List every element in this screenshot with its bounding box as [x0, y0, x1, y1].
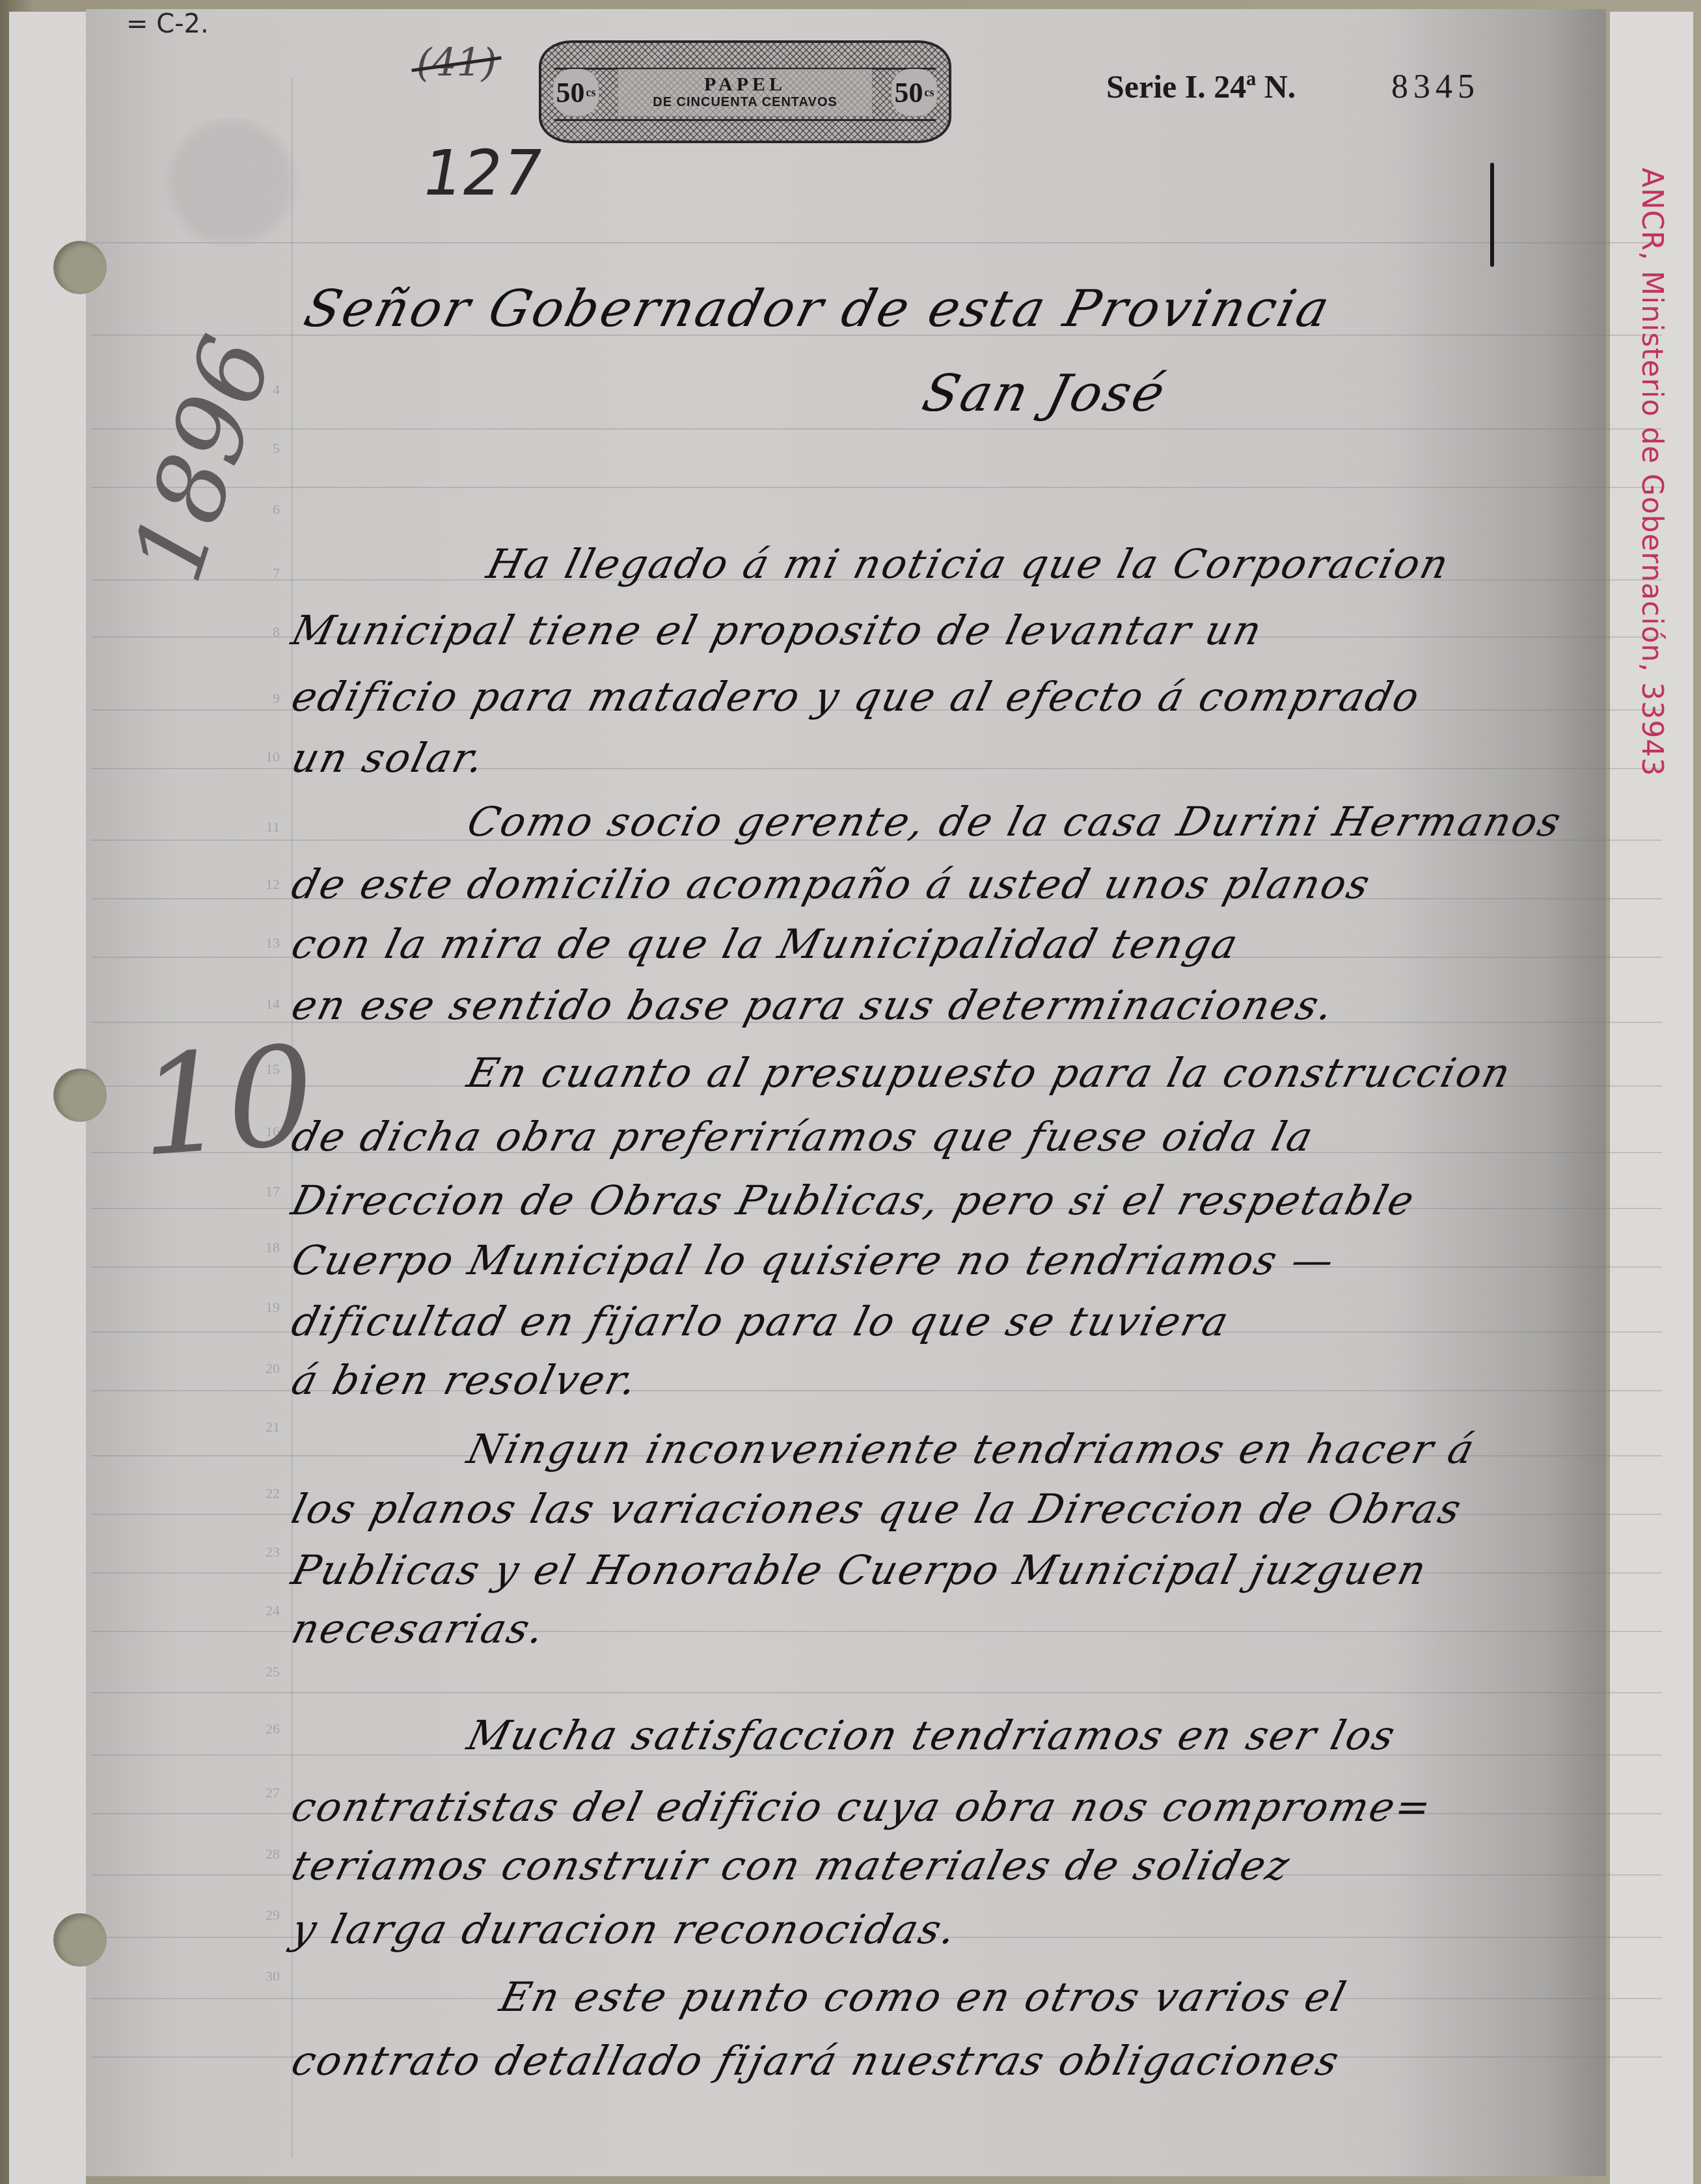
rule-line — [91, 428, 1662, 430]
body-line: con la mira de que la Municipalidad teng… — [287, 920, 1244, 968]
body-line: Municipal tiene el proposito de levantar… — [287, 607, 1268, 654]
stamp-value-left-number: 50 — [556, 76, 585, 109]
rule-line — [91, 1692, 1662, 1693]
body-line: Publicas y el Honorable Cuerpo Municipal… — [287, 1546, 1433, 1594]
body-line: contrato detallado fijará nuestras oblig… — [287, 2037, 1346, 2084]
crossed-out-number: (41) — [416, 40, 497, 86]
line-number: 21 — [247, 1419, 280, 1436]
stamp-value-right-number: 50 — [895, 76, 923, 109]
serie-label: Serie I. 24ª N. — [1106, 68, 1296, 105]
line-number: 19 — [247, 1299, 280, 1316]
line-number: 10 — [247, 748, 280, 765]
body-line: en ese sentido base para sus determinaci… — [287, 981, 1340, 1029]
body-line: necesarias. — [287, 1605, 551, 1652]
line-number: 6 — [247, 501, 280, 518]
punch-hole — [53, 241, 107, 294]
body-line: Como socio gerente, de la casa Durini He… — [463, 798, 1568, 845]
line-number: 23 — [247, 1544, 280, 1561]
line-number: 26 — [247, 1721, 280, 1738]
line-number: 24 — [247, 1602, 280, 1619]
line-number: 18 — [247, 1239, 280, 1256]
folio-number: 127 — [416, 137, 549, 210]
body-line: de dicha obra preferiríamos que fuese oi… — [287, 1113, 1320, 1160]
stamp-value-left: 50cs — [553, 69, 599, 116]
body-line: edificio para matadero y que al efecto á… — [287, 673, 1426, 720]
body-line: Ha llegado á mi noticia que la Corporaci… — [482, 540, 1455, 588]
body-line: Cuerpo Municipal lo quisiere no tendriam… — [287, 1236, 1340, 1284]
stamp-value-right: 50cs — [891, 69, 937, 116]
line-number: 11 — [247, 819, 280, 836]
top-left-annotation: = C-2. — [126, 9, 209, 39]
punch-hole — [53, 1069, 107, 1122]
line-number: 29 — [247, 1907, 280, 1924]
body-line: Ningun inconveniente tendriamos en hacer… — [463, 1425, 1481, 1473]
body-line: á bien resolver. — [287, 1356, 644, 1404]
serie-number: 8345 — [1391, 68, 1480, 106]
salutation-addressee: Señor Gobernador de esta Provincia — [299, 280, 1338, 338]
line-number: 12 — [247, 876, 280, 893]
stamp-title: PAPEL — [704, 75, 786, 94]
vertical-ink-mark — [1490, 163, 1494, 267]
line-number: 13 — [247, 935, 280, 951]
body-line: Direccion de Obras Publicas, pero si el … — [287, 1177, 1421, 1224]
line-number: 17 — [247, 1183, 280, 1200]
line-number: 14 — [247, 996, 280, 1013]
bundle-annotation: 10 — [135, 1016, 320, 1187]
body-line: teriamos construir con materiales de sol… — [287, 1842, 1296, 1889]
body-line: En cuanto al presupuesto para la constru… — [463, 1049, 1517, 1097]
stamp-value-left-unit: cs — [586, 86, 596, 100]
body-line: los planos las variaciones que la Direcc… — [287, 1485, 1468, 1533]
body-line: contratistas del edificio cuya obra nos … — [287, 1783, 1438, 1831]
salutation-city: San José — [917, 364, 1173, 423]
archive-reference-label: ANCR, Ministerio de Gobernación, 33943 — [1611, 179, 1694, 765]
rule-line — [91, 242, 1662, 243]
rule-line — [91, 487, 1662, 488]
line-number: 25 — [247, 1663, 280, 1680]
body-line: un solar. — [287, 734, 491, 782]
body-line: de este domicilio acompaño á usted unos … — [287, 860, 1376, 908]
line-number: 22 — [247, 1485, 280, 1502]
body-line: y larga duracion reconocidas. — [287, 1905, 963, 1953]
stamp-subtitle: DE CINCUENTA CENTAVOS — [653, 94, 837, 110]
line-number: 9 — [247, 690, 280, 707]
body-line: dificultad en fijarlo para lo que se tuv… — [287, 1298, 1235, 1345]
stamp-value-right-unit: cs — [925, 86, 934, 100]
body-line: En este punto como en otros varios el — [495, 1973, 1352, 2021]
revenue-stamp: 50cs PAPEL DE CINCUENTA CENTAVOS 50cs — [539, 40, 951, 143]
line-number: 28 — [247, 1846, 280, 1863]
archive-reference-text: ANCR, Ministerio de Gobernación, 33943 — [1636, 167, 1669, 776]
line-number: 8 — [247, 623, 280, 640]
faded-seal — [156, 117, 306, 247]
line-number: 7 — [247, 565, 280, 582]
line-number: 27 — [247, 1784, 280, 1801]
line-number: 30 — [247, 1968, 280, 1985]
stamp-center: PAPEL DE CINCUENTA CENTAVOS — [618, 69, 872, 116]
punch-hole — [53, 1913, 107, 1967]
line-number: 20 — [247, 1360, 280, 1377]
body-line: Mucha satisfaccion tendriamos en ser los — [463, 1712, 1402, 1759]
